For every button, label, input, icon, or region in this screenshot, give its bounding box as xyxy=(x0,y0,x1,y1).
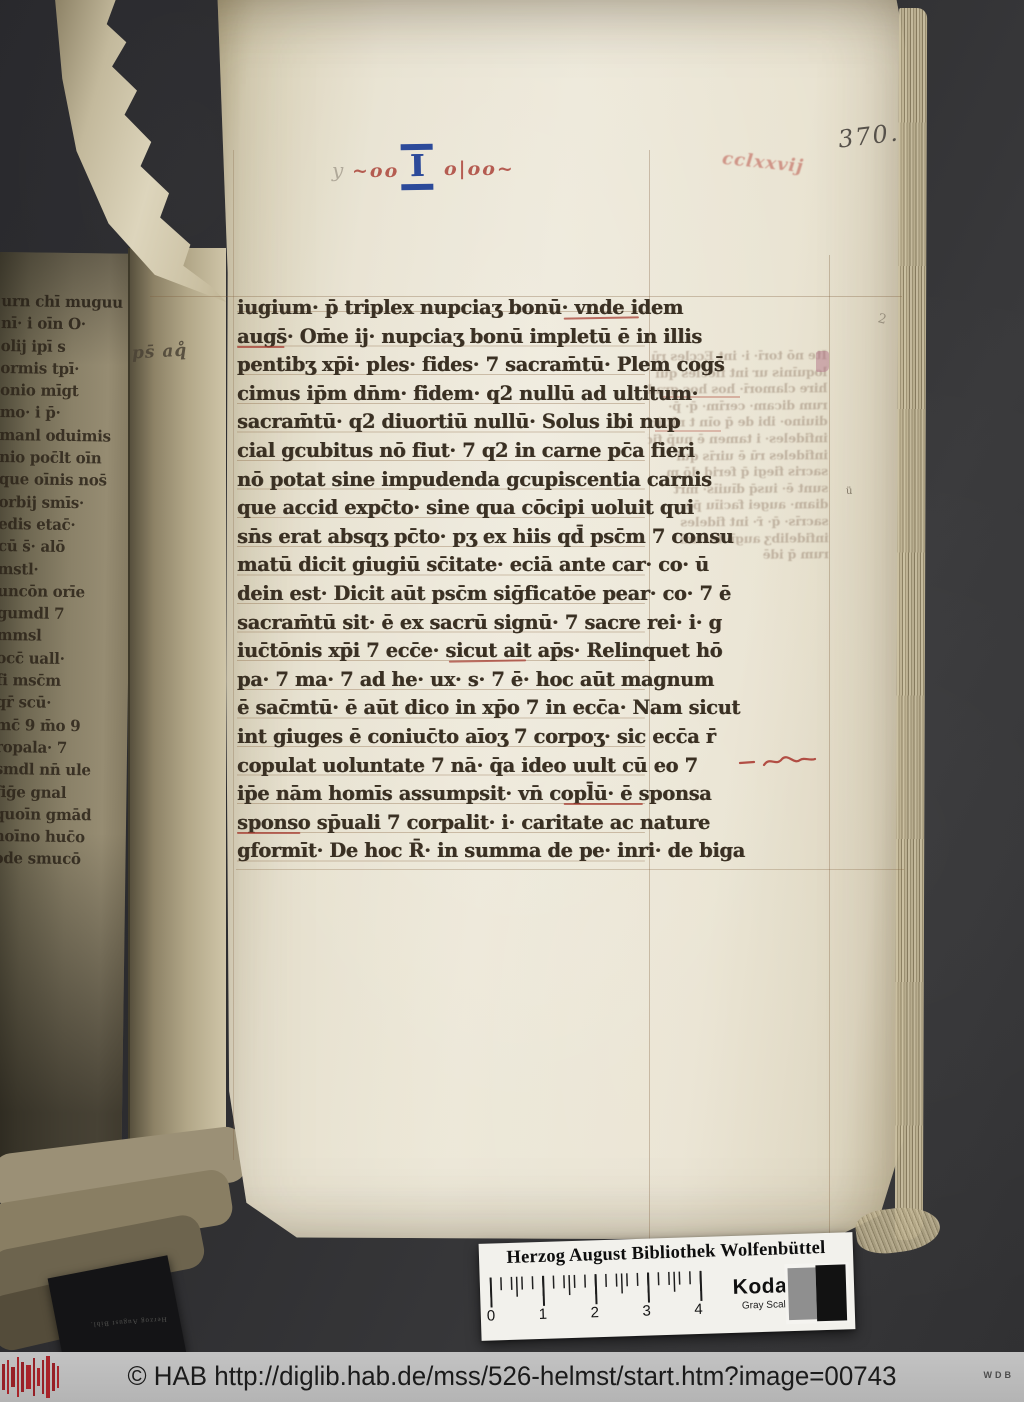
slip-text: Herzog August Bibl. xyxy=(53,1313,186,1331)
text-line: fiḡe gnal xyxy=(0,781,119,805)
text-line: que oīnis nos̄ xyxy=(0,468,123,492)
red-margin-scribble xyxy=(738,752,818,772)
text-line: sacram̄tū· q2 diuortiū nullū· Solus ibi … xyxy=(237,408,645,437)
text-line: ē sac̄mtū· ē aūt dico in xp̄o 7 in ecc̄… xyxy=(237,694,645,723)
text-line: iuc̄tōnis xp̄i 7 ecc̄e· sicut ait ap̄s·… xyxy=(237,637,645,666)
wdb-watermark: WDB xyxy=(984,1370,1015,1380)
text-line: manl oduimis xyxy=(0,424,124,448)
text-line: mo· i p̄· xyxy=(0,401,124,425)
text-line: cial gcubitus nō fiut· 7 q2 in carne pc… xyxy=(237,437,645,466)
text-line: urn chī muguu xyxy=(1,290,125,314)
text-line: ropala· 7 xyxy=(0,736,119,760)
text-line: occ̄ uall· xyxy=(0,647,121,671)
text-line: que accid expc̄to· sine qua cōcipi uolu… xyxy=(237,494,645,523)
text-line: onio mīgt xyxy=(0,379,124,403)
gray-patch xyxy=(787,1267,817,1320)
faded-red-paragraph-mark xyxy=(816,351,829,372)
kodak-gray-scale-label: Herzog August Bibliothek Wolfenbüttel 01… xyxy=(479,1232,856,1341)
text-line: gformīt· De hoc R̄· in summa de pe· inr… xyxy=(237,837,645,866)
text-line: ormis tpī· xyxy=(0,357,124,381)
footer-bar: © HAB http://diglib.hab.de/mss/526-helms… xyxy=(0,1352,1024,1402)
manuscript-scan-photo: urn chī muguunī· i oīn O·olij ipī so… xyxy=(0,0,1024,1402)
text-line: orbij smīs· xyxy=(0,491,123,515)
text-line: nō potat sine impudenda gcupiscentia ca… xyxy=(237,466,645,495)
text-line: uncōn orīe xyxy=(0,580,122,604)
ruling-line-vertical-left xyxy=(233,150,234,1160)
text-line: cimus ip̄m dn̄m· fidem· q2 nullū ad ulti… xyxy=(237,380,645,409)
text-line: pa· 7 ma· 7 ad he· ux· s· 7 ē· hoc aūt … xyxy=(237,666,645,695)
text-line: mc̄ 9 m̄o 9 xyxy=(0,714,120,738)
text-line: pentibʒ xp̄i· ples· fides· 7 sacram̄tū· … xyxy=(237,351,645,380)
text-line: ode smucō xyxy=(0,847,118,871)
text-line: int giuges ē coniuc̄to aīoʒ 7 corpoʒ· s… xyxy=(237,723,645,752)
ruling-line-vertical-right xyxy=(829,255,830,1243)
text-line: 3 xyxy=(642,1303,651,1320)
running-title-initial: I xyxy=(401,144,434,191)
gutter-leaf-edges xyxy=(128,248,226,1190)
text-line: gumdl 7 xyxy=(0,602,121,626)
header-pencil-mark: y xyxy=(332,158,343,182)
rubric-underline xyxy=(237,832,300,834)
text-line: sacram̄tū sit· ē ex sacrū signū· 7 sa… xyxy=(237,609,645,638)
text-line: nī· i oīn O· xyxy=(1,312,125,336)
running-title-flourish-right: o|oo~ xyxy=(444,158,515,180)
copyright-caption: © HAB http://diglib.hab.de/mss/526-helms… xyxy=(20,1361,1003,1392)
text-line: 0 xyxy=(487,1307,496,1324)
text-line: quoīn gmād xyxy=(0,803,118,827)
text-line: sn̄s erat absqʒ pc̄to· pʒ ex hiis qd̄ ps… xyxy=(237,523,645,552)
text-line: smdl nn̄ ule xyxy=(0,758,119,782)
margin-note: ps̄ aq̊ xyxy=(132,341,188,364)
text-line: qr̄ scū· xyxy=(0,691,120,715)
text-line: 2 xyxy=(590,1304,599,1321)
text-line: matū dicit giugiū sc̄itate· eciā ante c… xyxy=(237,551,645,580)
underlying-leaf-left: urn chī muguunī· i oīn O·olij ipī so… xyxy=(0,252,134,1189)
text-line: copulat uoluntate 7 nā· q̄a ideo uult c… xyxy=(237,752,645,781)
text-line: dein est· Dicit aūt psc̄m siḡficatōe … xyxy=(237,580,645,609)
text-line: nio poc̄lt oīn xyxy=(0,446,123,470)
text-line: olij ipī s xyxy=(1,335,125,359)
text-line: edis etac̄· xyxy=(0,513,123,537)
text-line: 1 xyxy=(538,1306,547,1323)
ghost-text-column: urn chī muguunī· i oīn O·olij ipī so… xyxy=(0,290,126,877)
text-line: fi msc̄m xyxy=(0,669,120,693)
text-line: cū s̄· alō xyxy=(0,535,122,559)
rubric-underline xyxy=(564,803,643,805)
text-line: 4 xyxy=(694,1301,703,1318)
ink-dots-mark: ü xyxy=(846,486,852,497)
running-title-flourish-left: ~oo xyxy=(352,160,399,182)
text-line: hoīno huc̄o xyxy=(0,825,118,849)
rubric-underline xyxy=(237,346,285,348)
gray-scale-patch xyxy=(784,1262,850,1324)
fore-edge-page-stack xyxy=(895,8,927,1240)
text-line: mstl· xyxy=(0,558,122,582)
black-patch xyxy=(815,1264,847,1321)
text-line: mmsl xyxy=(0,624,121,648)
text-line: augs̄· Om̄e ij· nupciaʒ bonū impletū ē i… xyxy=(237,323,645,352)
main-text-block: iugium· p̄ triplex nupciaʒ bonū· vnde id… xyxy=(237,294,645,872)
